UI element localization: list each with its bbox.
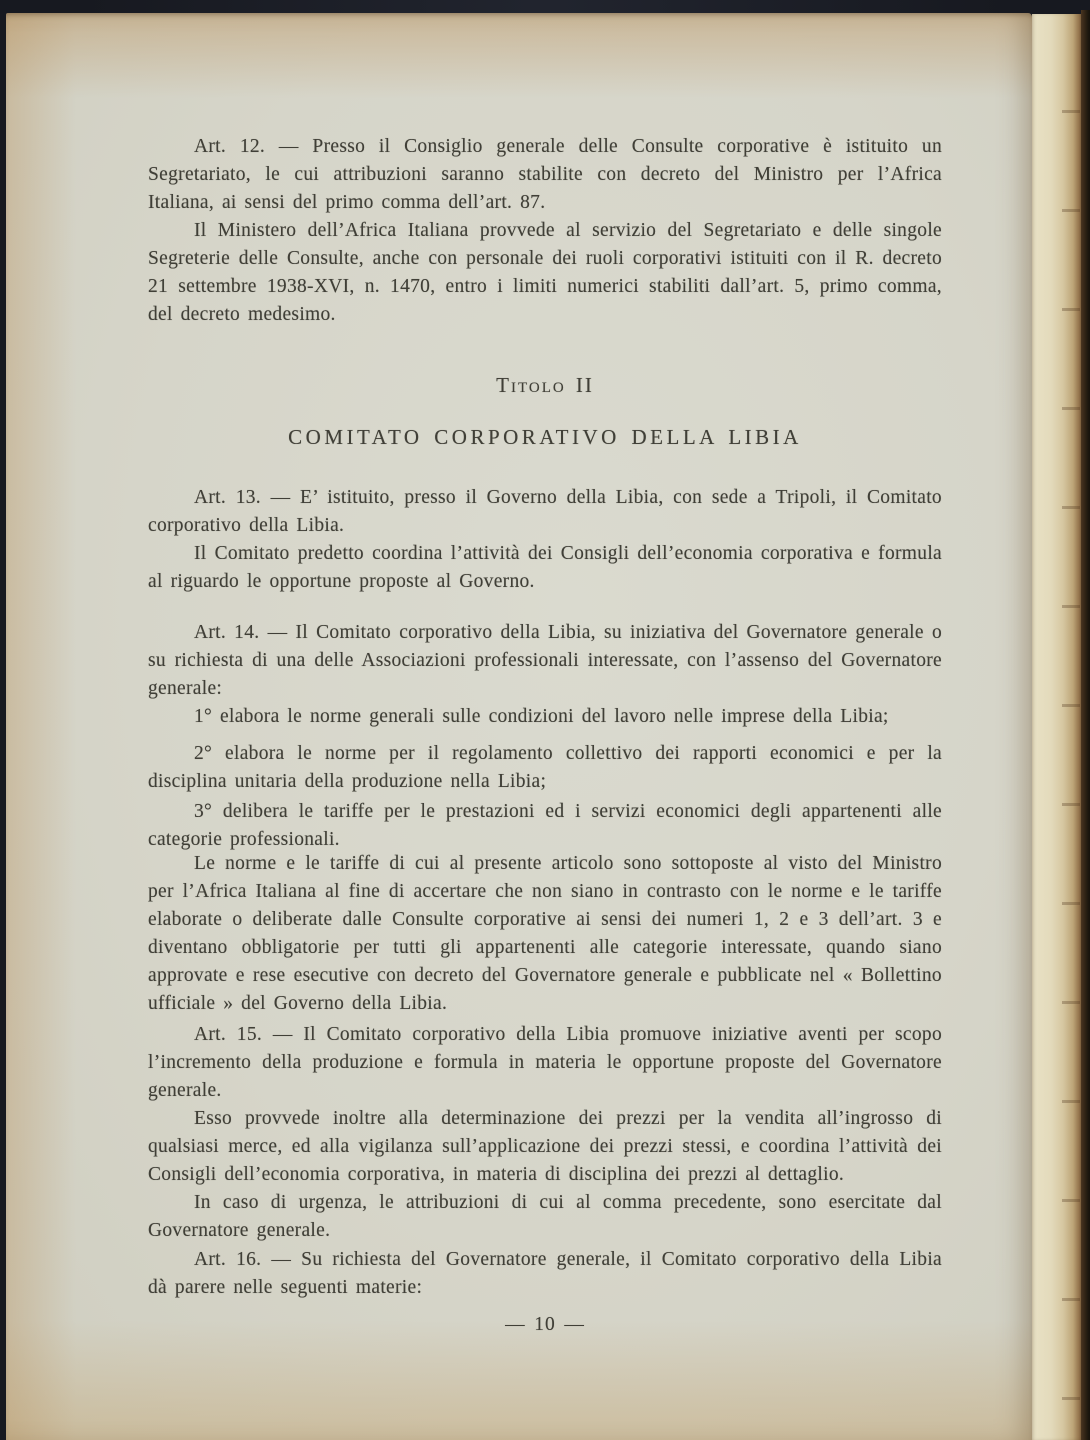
paragraph-art15-2: Esso provvede inoltre alla determinazion… (148, 1105, 942, 1189)
paragraph-art16-1: Art. 16. — Su richiesta del Governatore … (148, 1246, 942, 1302)
paragraph-art12-1: Art. 12. — Presso il Consiglio generale … (148, 133, 942, 217)
book-page: Art. 12. — Presso il Consiglio generale … (6, 13, 1032, 1440)
section-kicker: Titolo II (148, 371, 942, 399)
paragraph-art13-1: Art. 13. — E’ istituito, presso il Gover… (148, 484, 942, 540)
article-15: Art. 15. — Il Comitato corporativo della… (148, 1021, 942, 1245)
article-14-visto: Le norme e le tariffe di cui al presente… (148, 850, 942, 1018)
article-12: Art. 12. — Presso il Consiglio generale … (148, 133, 942, 329)
page-number: — 10 — (148, 1311, 942, 1339)
paragraph-art12-2: Il Ministero dell’Africa Italiana provve… (148, 217, 942, 329)
chapter-heading: COMITATO CORPORATIVO DELLA LIBIA (148, 423, 942, 451)
book-fore-edge (1032, 14, 1082, 1440)
article-14-item-3: 3° delibera le tariffe per le prestazion… (148, 798, 942, 854)
scanner-background: Art. 12. — Presso il Consiglio generale … (0, 0, 1090, 1440)
paragraph-art15-1: Art. 15. — Il Comitato corporativo della… (148, 1021, 942, 1105)
paragraph-art14-item1: 1° elabora le norme generali sulle condi… (148, 703, 942, 731)
article-14-intro: Art. 14. — Il Comitato corporativo della… (148, 619, 942, 703)
paragraph-art14-visto: Le norme e le tariffe di cui al presente… (148, 850, 942, 1018)
paragraph-art14-item2: 2° elabora le norme per il regolamento c… (148, 740, 942, 796)
article-13: Art. 13. — E’ istituito, presso il Gover… (148, 484, 942, 596)
paragraph-art14-item3: 3° delibera le tariffe per le prestazion… (148, 798, 942, 854)
paragraph-art14-intro: Art. 14. — Il Comitato corporativo della… (148, 619, 942, 703)
paragraph-art13-2: Il Comitato predetto coordina l’attività… (148, 540, 942, 596)
article-14-item-2: 2° elabora le norme per il regolamento c… (148, 740, 942, 796)
article-16: Art. 16. — Su richiesta del Governatore … (148, 1246, 942, 1302)
page-edge-notches (1062, 14, 1080, 1440)
paragraph-art15-3: In caso di urgenza, le attribuzioni di c… (148, 1189, 942, 1245)
article-14-item-1: 1° elabora le norme generali sulle condi… (148, 703, 942, 731)
book-cover-edge (1081, 10, 1090, 1440)
